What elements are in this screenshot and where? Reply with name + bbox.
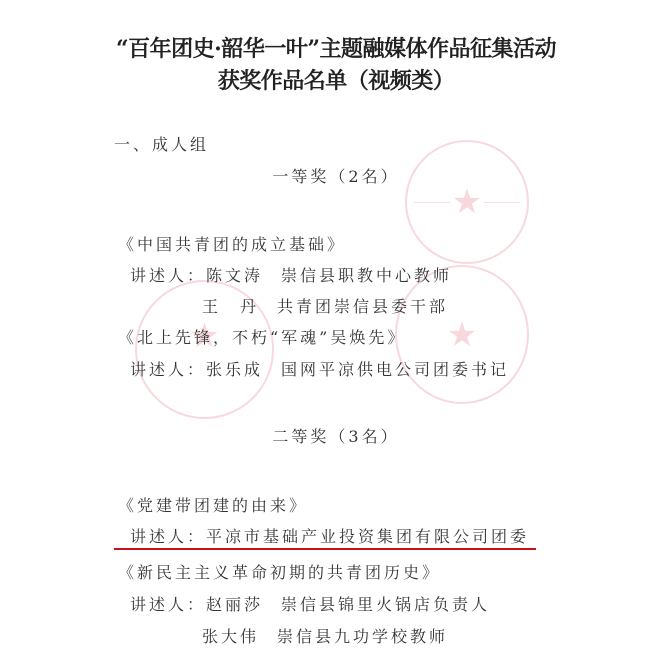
work-title: 《中国共青团的成立基础》 (118, 232, 346, 255)
presenter-label: 讲述人： (130, 595, 206, 614)
official-stamp-top: ★ (405, 140, 529, 264)
star-icon: ★ (447, 318, 477, 352)
presenter-row: 讲述人：陈文涛崇信县职教中心教师 (130, 263, 452, 286)
work-title: 《新民主主义革命初期的共青团历史》 (118, 560, 441, 583)
presenter-org: 崇信县九功学校教师 (277, 627, 448, 646)
presenter-row-highlighted: 讲述人：平凉市基础产业投资集团有限公司团委 (130, 524, 529, 547)
work-title: 《党建带团建的由来》 (118, 493, 308, 516)
document-title-line1: “百年团史·韶华一叶”主题融媒体作品征集活动 (0, 32, 672, 63)
presenter-row: 讲述人：张乐成国网平凉供电公司团委书记 (130, 357, 509, 380)
presenter-label: 讲述人： (130, 266, 206, 285)
presenter-row: 王 丹共青团崇信县委干部 (202, 294, 448, 317)
document-page: ★ ★ ★ “百年团史·韶华一叶”主题融媒体作品征集活动 获奖作品名单（视频类）… (0, 0, 672, 659)
presenter-name: 陈文涛 (206, 266, 263, 285)
presenter-name: 张大伟 (202, 627, 259, 646)
red-highlight-underline (114, 548, 536, 550)
document-title-line2: 获奖作品名单（视频类） (0, 64, 672, 95)
star-icon: ★ (452, 185, 482, 219)
presenter-org: 崇信县锦里火锅店负责人 (281, 595, 490, 614)
presenter-name: 张乐成 (206, 360, 263, 379)
award-heading-first: 一等奖（2名） (0, 164, 672, 187)
presenter-org: 共青团崇信县委干部 (277, 297, 448, 316)
award-heading-second: 二等奖（3名） (0, 424, 672, 447)
presenter-label: 讲述人： (130, 360, 206, 379)
presenter-org: 崇信县职教中心教师 (281, 266, 452, 285)
presenter-label: 讲述人： (130, 527, 206, 546)
presenter-row: 张大伟崇信县九功学校教师 (202, 624, 448, 647)
presenter-org: 国网平凉供电公司团委书记 (281, 360, 509, 379)
work-title: 《北上先锋，不朽“军魂”吴焕先》 (118, 325, 406, 348)
section-heading: 一、成人组 (114, 132, 209, 155)
presenter-name: 赵丽莎 (206, 595, 263, 614)
presenter-row: 讲述人：赵丽莎崇信县锦里火锅店负责人 (130, 592, 490, 615)
presenter-org: 平凉市基础产业投资集团有限公司团委 (206, 527, 529, 546)
presenter-name: 王 丹 (202, 297, 259, 316)
